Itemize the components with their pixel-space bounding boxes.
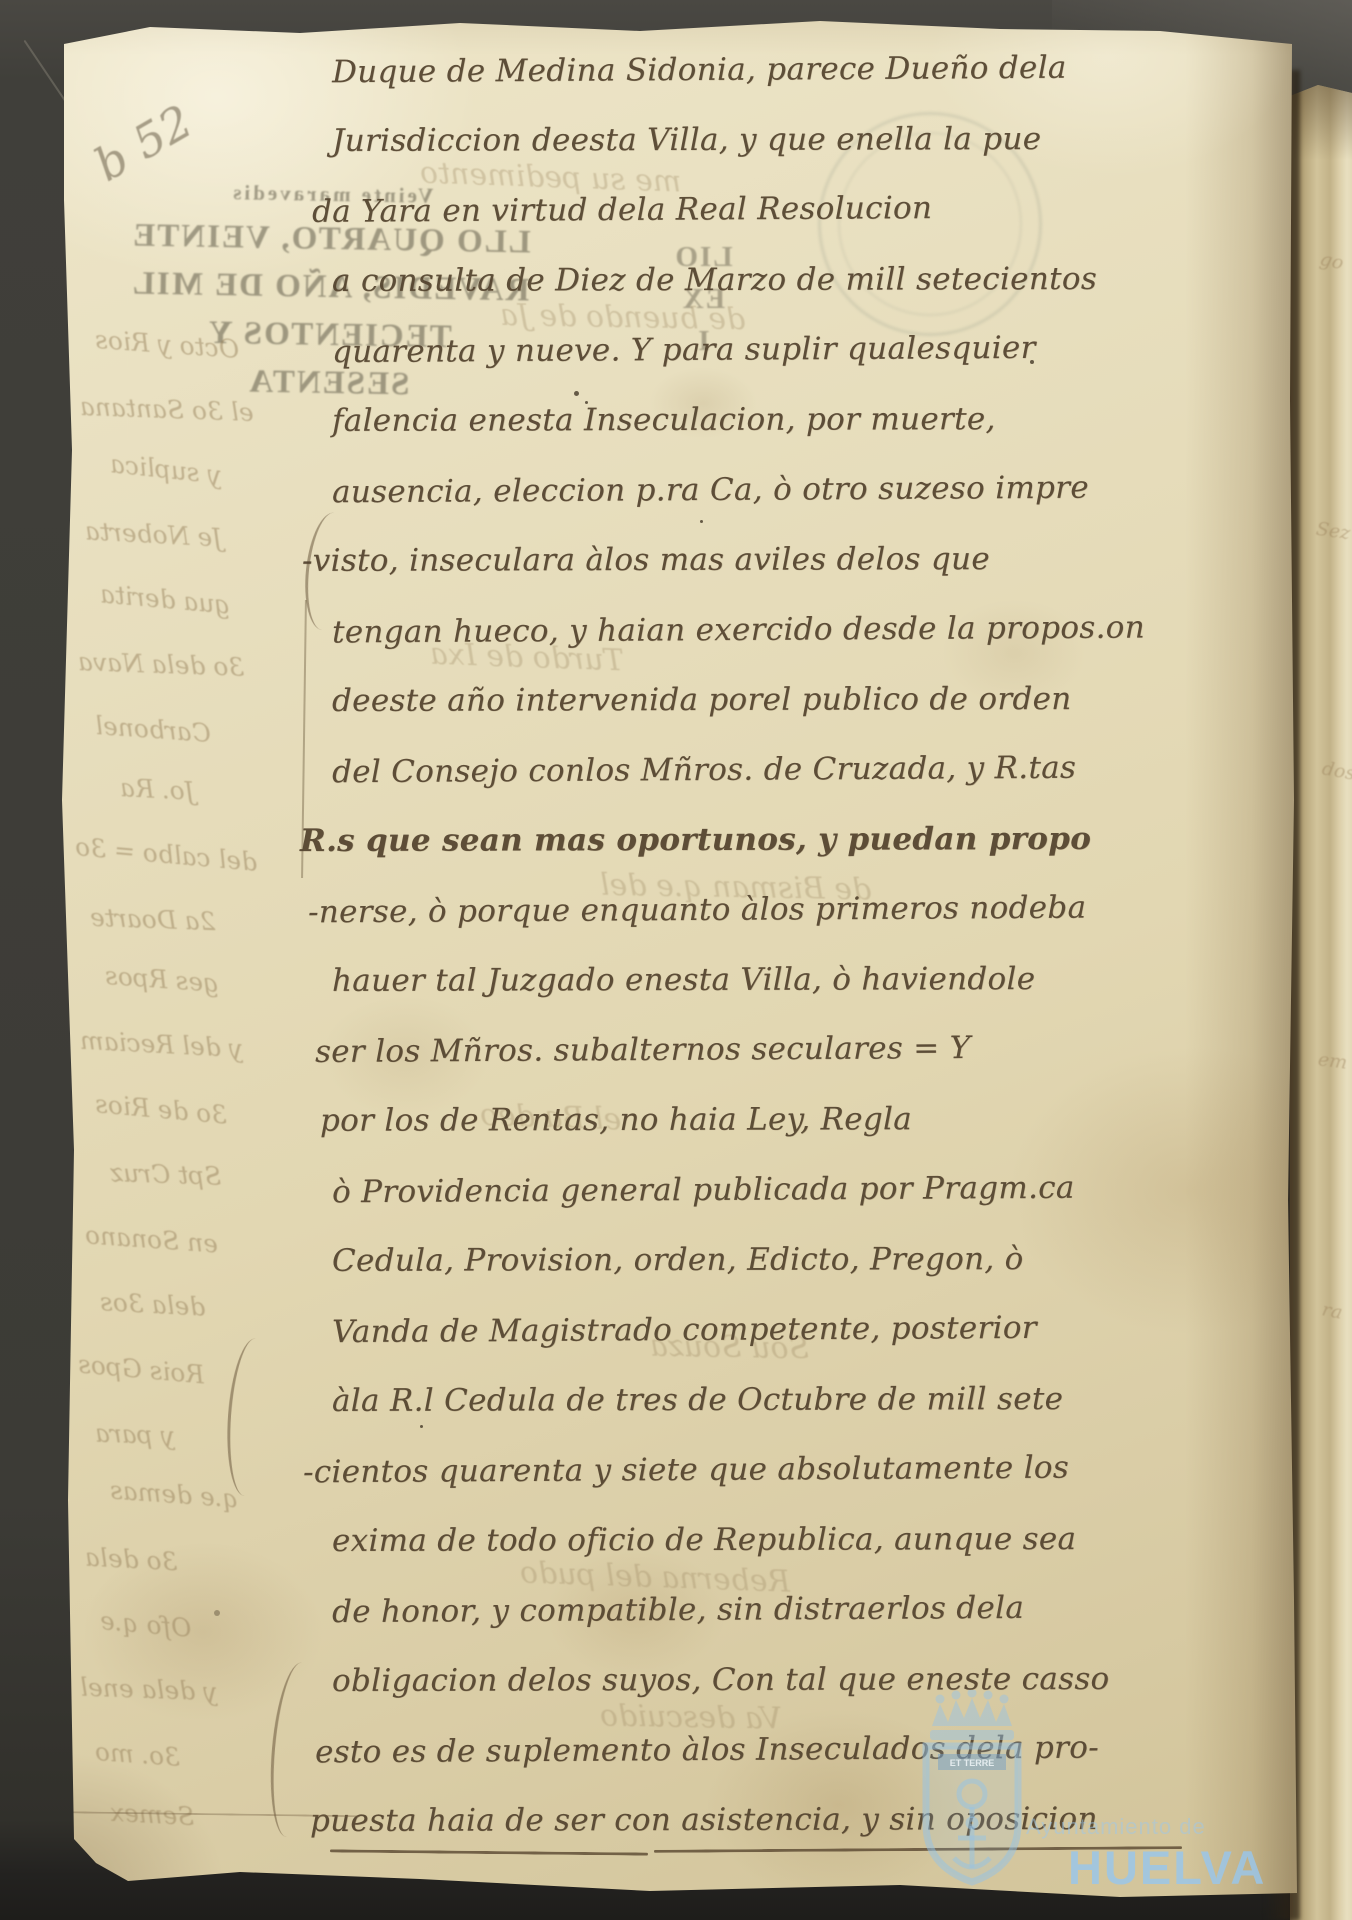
manuscript-line: àla R.l Cedula de tres de Octubre de mil… [332,1381,1063,1419]
bleedthrough-text: y para [95,1419,176,1451]
manuscript-line: ò Providencia general publicada por Prag… [332,1170,1075,1211]
manuscript-line: Duque de Medina Sidonia, parece Dueño de… [332,50,1067,90]
manuscript-line: ser los Mñros. subalternos seculares = Y [315,1030,971,1070]
ink-speck [700,520,703,523]
bleedthrough-text: 3o de Rios [94,1089,228,1129]
bleedthrough-text: del calbo = 3o [74,832,258,877]
adjacent-page-text-fragment: ra [1320,1298,1344,1323]
manuscript-line: da Yara en virtud dela Real Resolucion [312,190,932,230]
bleedthrough-text: ges Rpos [104,961,220,998]
crest-motto: ET TERRE [950,1758,995,1768]
adjacent-page-text-fragment: Sez [1315,518,1352,545]
bleedthrough-text: Rois Gpos [77,1350,206,1390]
bleedthrough-text: 2a Doarte [90,903,216,936]
bleedthrough-text: 3o dela [84,1543,178,1577]
manuscript-line: deeste año intervenida porel publico de … [332,681,1072,719]
manuscript-line: exima de todo oficio de Republica, aunqu… [332,1521,1076,1559]
bleedthrough-text: 3o. mo [94,1737,181,1772]
bleedthrough-text: y suplica [109,449,223,490]
bleedthrough-text: dela 3os [99,1287,206,1321]
bleedthrough-text: q.e demas [109,1476,240,1514]
corner-ink-annotation: b 52 [85,94,201,192]
bleedthrough-text: 3o dela Nava [78,647,245,682]
manuscript-line: Jurisdiccion deesta Villa, y que enella … [332,121,1041,159]
bleedthrough-text: Je Noberta [84,516,223,552]
ink-speck [585,401,588,404]
manuscript-line: por los de Rentas, no haia Ley, Regla [320,1101,912,1139]
manuscript-line: -nerse, ò porque enquanto àlos primeros … [308,890,1087,931]
bleedthrough-text: Ofo q.e [99,1606,193,1643]
foxing-spot [214,1610,220,1616]
ink-speck [1030,360,1034,364]
margin-parenthesis-mark [223,1337,271,1497]
manuscript-line: Cedula, Provision, orden, Edicto, Pregon… [332,1241,1024,1279]
watermark-city: HUELVA [1068,1840,1266,1895]
manuscript-line: tengan hueco, y haian exercido desde la … [332,610,1145,651]
manuscript-line: R.s que sean mas oportunos, y puedan pro… [300,821,1091,859]
manuscript-line: del Consejo conlos Mñros. de Cruzada, y … [332,750,1076,791]
manuscript-line: de honor, y compatible, sin distraerlos … [332,1590,1024,1630]
watermark-organization: Ayuntamiento de [1026,1814,1206,1840]
manuscript-line: -visto, inseculara àlos mas aviles delos… [302,541,990,579]
adjacent-page-text-fragment: go [1318,248,1346,274]
bleedthrough-text: gua derita [99,579,232,619]
ink-speck [420,1425,423,1428]
bleedthrough-text: el 3o Santana [80,392,255,427]
ink-underline [330,1849,648,1855]
bleedthrough-text: Spt Cruz [110,1158,222,1191]
manuscript-line: a consulta de Diez de Marzo de mill sete… [332,261,1097,299]
manuscript-line: -cientos quarenta y siete que absolutame… [303,1450,1069,1491]
manuscript-line: Vanda de Magistrado competente, posterio… [332,1310,1037,1350]
huelva-crest-icon: ET TERRE [896,1690,1048,1905]
bleedthrough-text: en Sonano [84,1220,219,1258]
manuscript-page: Veinte maravedis LLO QUARTO, VEINTE RAVE… [0,0,1352,1920]
bleedthrough-text: Carbonel [94,711,212,748]
manuscript-line: quarenta y nueve. Y para suplir qualesqu… [332,330,1036,370]
bleedthrough-text: Jo. Ra [119,773,195,806]
manuscript-line: hauer tal Juzgado enesta Villa, ò havien… [332,961,1035,999]
ink-speck [574,391,579,396]
bleedthrough-text: y del Reciam [79,1026,243,1063]
bleedthrough-text: y dela enel [80,1673,218,1707]
manuscript-line: falencia enesta Inseculacion, por muerte… [332,401,996,439]
manuscript-line: ausencia, eleccion p.ra Ca, ò otro suzes… [332,470,1089,511]
adjacent-page-text-fragment: em [1317,1048,1349,1073]
archival-manuscript-scan: go Sez dos em ra Veinte maravedis LLO QU… [0,0,1352,1920]
margin-parenthesis-mark [264,1661,316,1839]
